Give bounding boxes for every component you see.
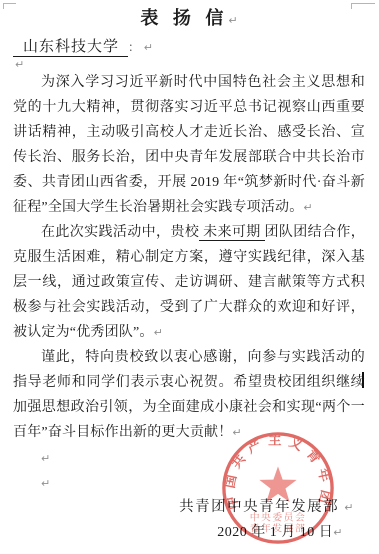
- paragraph-1-text: 为深入学习习近平新时代中国特色社会主义思想和党的十九大精神，贯彻落实习近平总书记…: [13, 75, 365, 215]
- recipient-line[interactable]: 山东科技大学： ↵: [13, 37, 365, 58]
- paragraph-mark: ↵: [228, 14, 237, 27]
- seal-star-icon: [259, 466, 296, 502]
- team-name-underlined: 未来可期: [199, 225, 264, 241]
- paragraph-mark: ↵: [41, 452, 50, 465]
- text-cursor: [362, 372, 364, 388]
- paragraph-3-text: 谨此，特向贵校致以衷心感谢，向参与实践活动的指导老师和同学们表示衷心祝贺。希望贵…: [13, 350, 365, 440]
- recipient-colon: ：: [128, 40, 140, 54]
- letter-title-line: 表 扬 信↵: [13, 6, 365, 33]
- paragraph-mark: ↵: [41, 477, 50, 490]
- recipient-name: 山东科技大学: [13, 39, 128, 57]
- paragraph-mark: ↵: [144, 41, 153, 54]
- letter-title: 表 扬 信: [140, 8, 228, 28]
- paragraph-2[interactable]: 在此次实践活动中，贵校 未来可期 团队团结合作，克服生活困难，精心制定方案，遵守…: [13, 220, 365, 345]
- paragraph-mark: ↵: [344, 501, 355, 514]
- paragraph-mark: ↵: [154, 326, 163, 339]
- paragraph-mark: ↵: [15, 58, 24, 71]
- letter-page: 表 扬 信↵ 山东科技大学： ↵ ↵ 为深入学习习近平新时代中国特色社会主义思想…: [0, 0, 379, 554]
- paragraph-2-text-a: 在此次实践活动中，贵校: [41, 225, 199, 240]
- seal-inner-text-2: 青年发展部: [250, 521, 307, 534]
- official-seal-stamp: 中国共产主义青年团 中央委员会 青年发展部: [219, 429, 337, 547]
- empty-paragraph: ↵: [13, 58, 365, 70]
- paragraph-1[interactable]: 为深入学习习近平新时代中国特色社会主义思想和党的十九大精神，贯彻落实习近平总书记…: [13, 70, 365, 220]
- paragraph-mark: ↵: [303, 201, 312, 214]
- seal-inner-text-1: 中央委员会: [250, 510, 307, 523]
- paragraph-2-text-b: 团队团结合作，克服生活困难，精心制定方案，遵守实践纪律，深入基层一线，通过政策宣…: [13, 225, 365, 340]
